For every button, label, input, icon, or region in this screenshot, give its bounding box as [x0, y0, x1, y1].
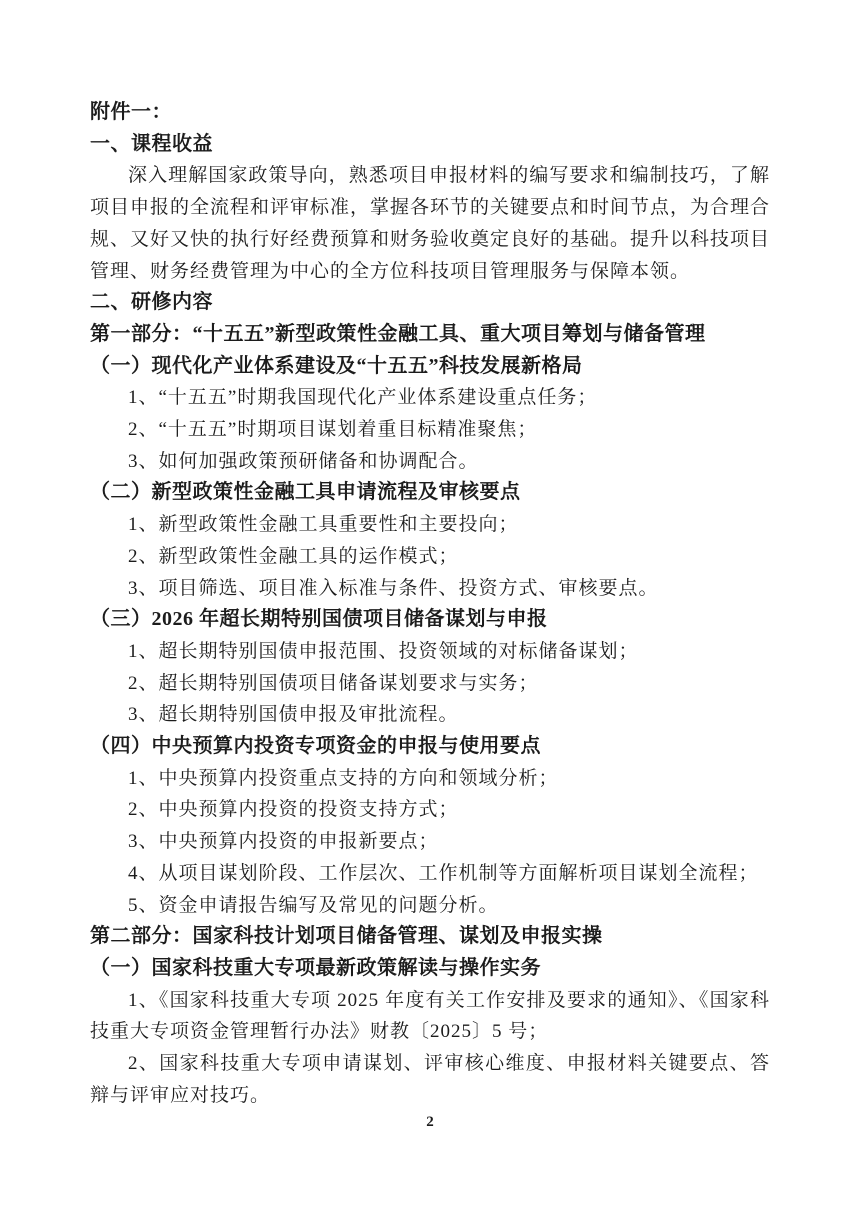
list-item: 5、资金申请报告编写及常见的问题分析。	[90, 890, 770, 922]
training-content-heading: 二、研修内容	[90, 287, 770, 319]
list-item: 1、《国家科技重大专项 2025 年度有关工作安排及要求的通知》、《国家科技重大…	[90, 985, 770, 1048]
part1-subsection1-title: （一）现代化产业体系建设及“十五五”科技发展新格局	[90, 351, 770, 383]
part1-subsection3-title: （三）2026 年超长期特别国债项目储备谋划与申报	[90, 604, 770, 636]
list-item: 2、新型政策性金融工具的运作模式；	[90, 541, 770, 573]
list-item: 3、超长期特别国债申报及审批流程。	[90, 699, 770, 731]
part2-title: 第二部分：国家科技计划项目储备管理、谋划及申报实操	[90, 921, 770, 953]
list-item: 2、超长期特别国债项目储备谋划要求与实务；	[90, 668, 770, 700]
list-item: 2、中央预算内投资的投资支持方式；	[90, 794, 770, 826]
list-item: 2、国家科技重大专项申请谋划、评审核心维度、申报材料关键要点、答辩与评审应对技巧…	[90, 1048, 770, 1111]
part2-subsection1-title: （一）国家科技重大专项最新政策解读与操作实务	[90, 953, 770, 985]
part1-subsection4-title: （四）中央预算内投资专项资金的申报与使用要点	[90, 731, 770, 763]
list-item: 1、新型政策性金融工具重要性和主要投向；	[90, 509, 770, 541]
attachment-label: 附件一：	[90, 97, 770, 129]
course-benefits-heading: 一、课程收益	[90, 129, 770, 161]
list-item: 4、从项目谋划阶段、工作层次、工作机制等方面解析项目谋划全流程；	[90, 858, 770, 890]
list-item: 3、项目筛选、项目准入标准与条件、投资方式、审核要点。	[90, 573, 770, 605]
list-item: 3、中央预算内投资的申报新要点；	[90, 826, 770, 858]
page-number: 2	[0, 1114, 860, 1131]
list-item: 1、“十五五”时期我国现代化产业体系建设重点任务；	[90, 382, 770, 414]
part1-title: 第一部分：“十五五”新型政策性金融工具、重大项目筹划与储备管理	[90, 319, 770, 351]
list-item: 1、中央预算内投资重点支持的方向和领域分析；	[90, 763, 770, 795]
part1-subsection2-title: （二）新型政策性金融工具申请流程及审核要点	[90, 477, 770, 509]
list-item: 3、如何加强政策预研储备和协调配合。	[90, 446, 770, 478]
list-item: 1、超长期特别国债申报范围、投资领域的对标储备谋划；	[90, 636, 770, 668]
list-item: 2、“十五五”时期项目谋划着重目标精准聚焦；	[90, 414, 770, 446]
document-page: 附件一： 一、课程收益 深入理解国家政策导向，熟悉项目申报材料的编写要求和编制技…	[0, 0, 860, 1211]
course-benefits-paragraph: 深入理解国家政策导向，熟悉项目申报材料的编写要求和编制技巧，了解项目申报的全流程…	[90, 160, 770, 287]
